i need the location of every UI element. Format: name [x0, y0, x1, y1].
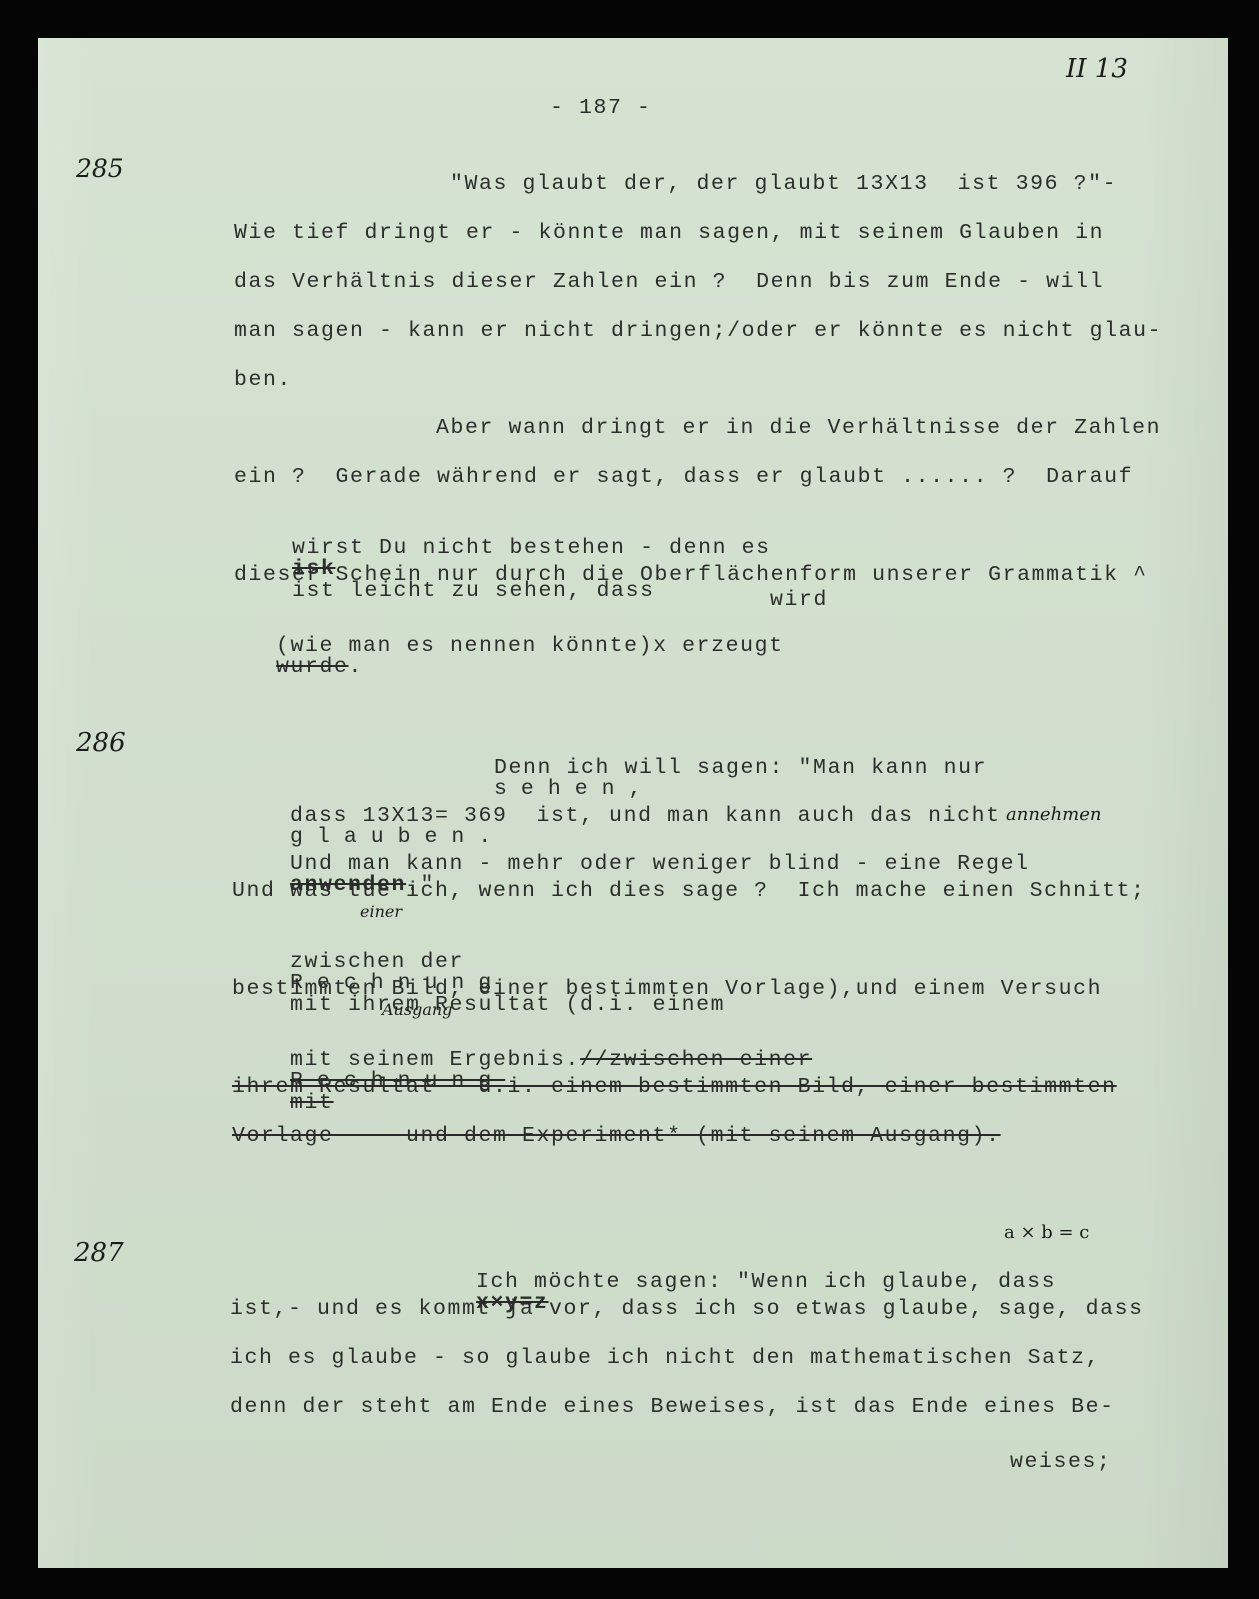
text-line: ein ? Gerade während er sagt, dass er gl…: [234, 467, 1133, 489]
archive-mark: II 13: [1066, 54, 1128, 84]
text-line: Wie tief dringt er - könnte man sagen, m…: [234, 223, 1104, 245]
text-fragment: .: [349, 655, 364, 679]
text-line: Und man kann - mehr oder weniger blind -…: [232, 832, 1030, 918]
text-line: (wie man es nennen könnte)x erzeugt wurd…: [218, 614, 784, 700]
struck-line: ihrem Resultat - d.i. einem bestimmten B…: [232, 1077, 1117, 1099]
struck-line: Vorlage - - und dem Experiment* (mit sei…: [232, 1126, 1001, 1148]
text-fragment: Ich möchte sagen: "Wenn ich glaube, dass: [476, 1270, 1056, 1294]
insertion-ausgang: Ausgang: [382, 1000, 452, 1019]
text-fragment: dass 13X13= 369 ist, und man kann auch d…: [290, 804, 1001, 828]
text-line: ben.: [234, 370, 292, 392]
text-line: ich es glaube - so glaube ich nicht den …: [230, 1348, 1100, 1370]
struck-word: wurde: [276, 655, 349, 679]
text-line: "Was glaubt der, der glaubt 13X13 ist 39…: [450, 174, 1117, 196]
text-line: das Verhältnis dieser Zahlen ein ? Denn …: [234, 272, 1104, 294]
text-line: Und was tue ich, wenn ich dies sage ? Ic…: [232, 881, 1146, 903]
text-fragment: wirst Du nicht bestehen - denn es: [292, 536, 771, 560]
section-number-287: 287: [74, 1238, 124, 1268]
text-line: dieser Schein nur durch die Oberflächenf…: [234, 565, 1148, 587]
insertion-annehmen: annehmen: [1006, 804, 1101, 825]
text-line: weises;: [1010, 1452, 1112, 1474]
text-fragment: (wie man es nennen könnte)x erzeugt: [276, 634, 784, 658]
insertion-wird: wird: [770, 590, 828, 612]
text-fragment: Denn ich will sagen: "Man kann nur: [494, 756, 987, 780]
text-fragment: mit seinem Ergebnis.: [290, 1048, 580, 1072]
page-number: - 187 -: [550, 98, 652, 120]
section-number-286: 286: [76, 728, 126, 758]
text-line: ist,- und es kommt ja vor, dass ich so e…: [230, 1299, 1144, 1321]
struck-text: //zwischen einer: [580, 1048, 812, 1072]
text-line: Ich möchte sagen: "Wenn ich glaube, dass…: [418, 1250, 1056, 1336]
typescript-page: II 13 - 187 - 285 "Was glaubt der, der g…: [38, 38, 1228, 1568]
text-line: denn der steht am Ende eines Beweises, i…: [230, 1397, 1115, 1419]
insertion-formula: a × b = c: [1004, 1222, 1089, 1243]
text-fragment: zwischen der: [290, 950, 464, 974]
section-number-285: 285: [76, 154, 124, 183]
text-line: bestimmten Bild, einer bestimmten Vorlag…: [232, 979, 1102, 1001]
text-line: Aber wann dringt er in die Verhältnisse …: [436, 418, 1161, 440]
insertion-einer: einer: [360, 902, 402, 921]
text-line: man sagen - kann er nicht dringen;/oder …: [234, 321, 1162, 343]
text-fragment: Und man kann - mehr oder weniger blind -…: [290, 852, 1030, 876]
